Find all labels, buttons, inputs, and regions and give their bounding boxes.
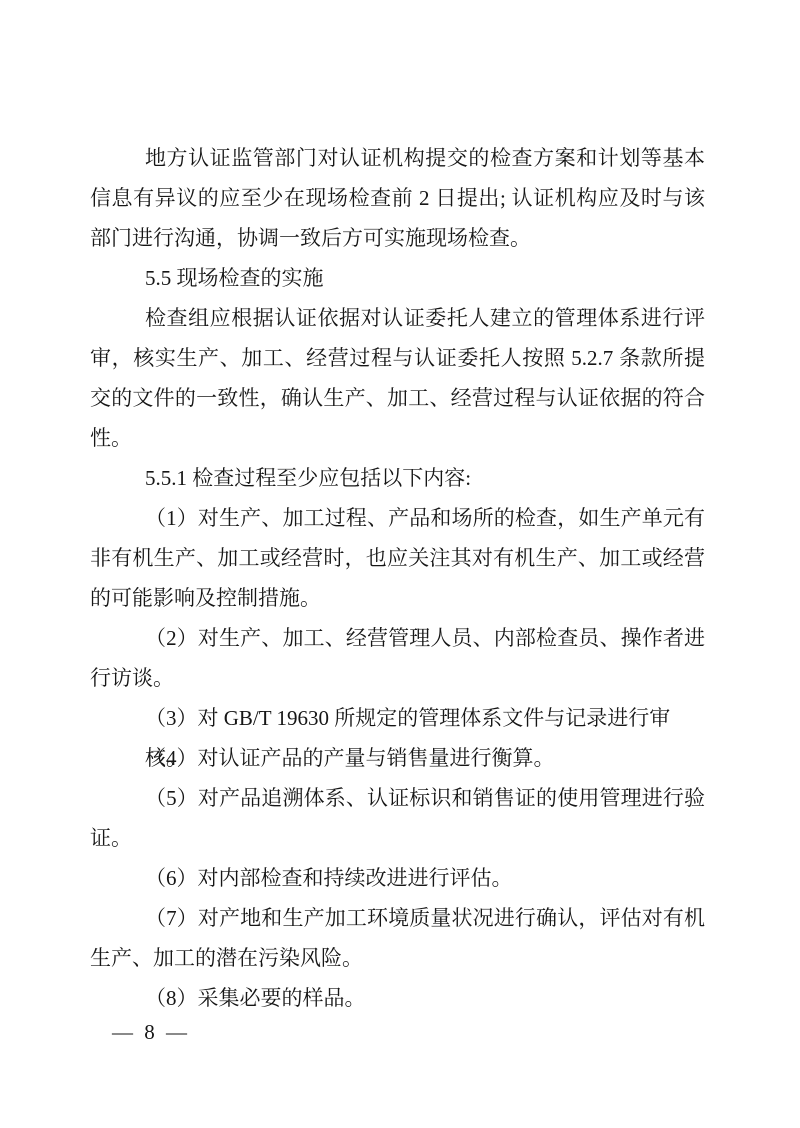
- text-line: （1）对生产、加工过程、产品和场所的检查，如生产单元有: [90, 498, 705, 538]
- text-line: 5.5 现场检查的实施: [90, 258, 705, 298]
- text-line: 行访谈。: [90, 658, 705, 698]
- document-page: 地方认证监管部门对认证机构提交的检查方案和计划等基本信息有异议的应至少在现场检查…: [0, 0, 800, 1128]
- text-line: 交的文件的一致性，确认生产、加工、经营过程与认证依据的符合: [90, 378, 705, 418]
- text-line: （6）对内部检查和持续改进进行评估。: [90, 858, 705, 898]
- text-line: 信息有异议的应至少在现场检查前 2 日提出; 认证机构应及时与该: [90, 178, 705, 218]
- text-line: 审，核实生产、加工、经营过程与认证委托人按照 5.2.7 条款所提: [90, 338, 705, 378]
- text-line: （2）对生产、加工、经营管理人员、内部检查员、操作者进: [90, 618, 705, 658]
- text-line: 生产、加工的潜在污染风险。: [90, 938, 705, 978]
- text-line: 5.5.1 检查过程至少应包括以下内容:: [90, 458, 705, 498]
- page-number: — 8 —: [112, 1018, 190, 1046]
- document-body: 地方认证监管部门对认证机构提交的检查方案和计划等基本信息有异议的应至少在现场检查…: [90, 138, 705, 1018]
- text-line: （4）对认证产品的产量与销售量进行衡算。: [90, 738, 705, 778]
- text-line: 的可能影响及控制措施。: [90, 578, 705, 618]
- text-line: （3）对 GB/T 19630 所规定的管理体系文件与记录进行审核。: [90, 698, 705, 738]
- text-line: 证。: [90, 818, 705, 858]
- text-line: （8）采集必要的样品。: [90, 978, 705, 1018]
- text-line: （7）对产地和生产加工环境质量状况进行确认，评估对有机: [90, 898, 705, 938]
- text-line: 非有机生产、加工或经营时，也应关注其对有机生产、加工或经营: [90, 538, 705, 578]
- text-line: 检查组应根据认证依据对认证委托人建立的管理体系进行评: [90, 298, 705, 338]
- text-line: 地方认证监管部门对认证机构提交的检查方案和计划等基本: [90, 138, 705, 178]
- text-line: （5）对产品追溯体系、认证标识和销售证的使用管理进行验: [90, 778, 705, 818]
- text-line: 部门进行沟通，协调一致后方可实施现场检查。: [90, 218, 705, 258]
- text-line: 性。: [90, 418, 705, 458]
